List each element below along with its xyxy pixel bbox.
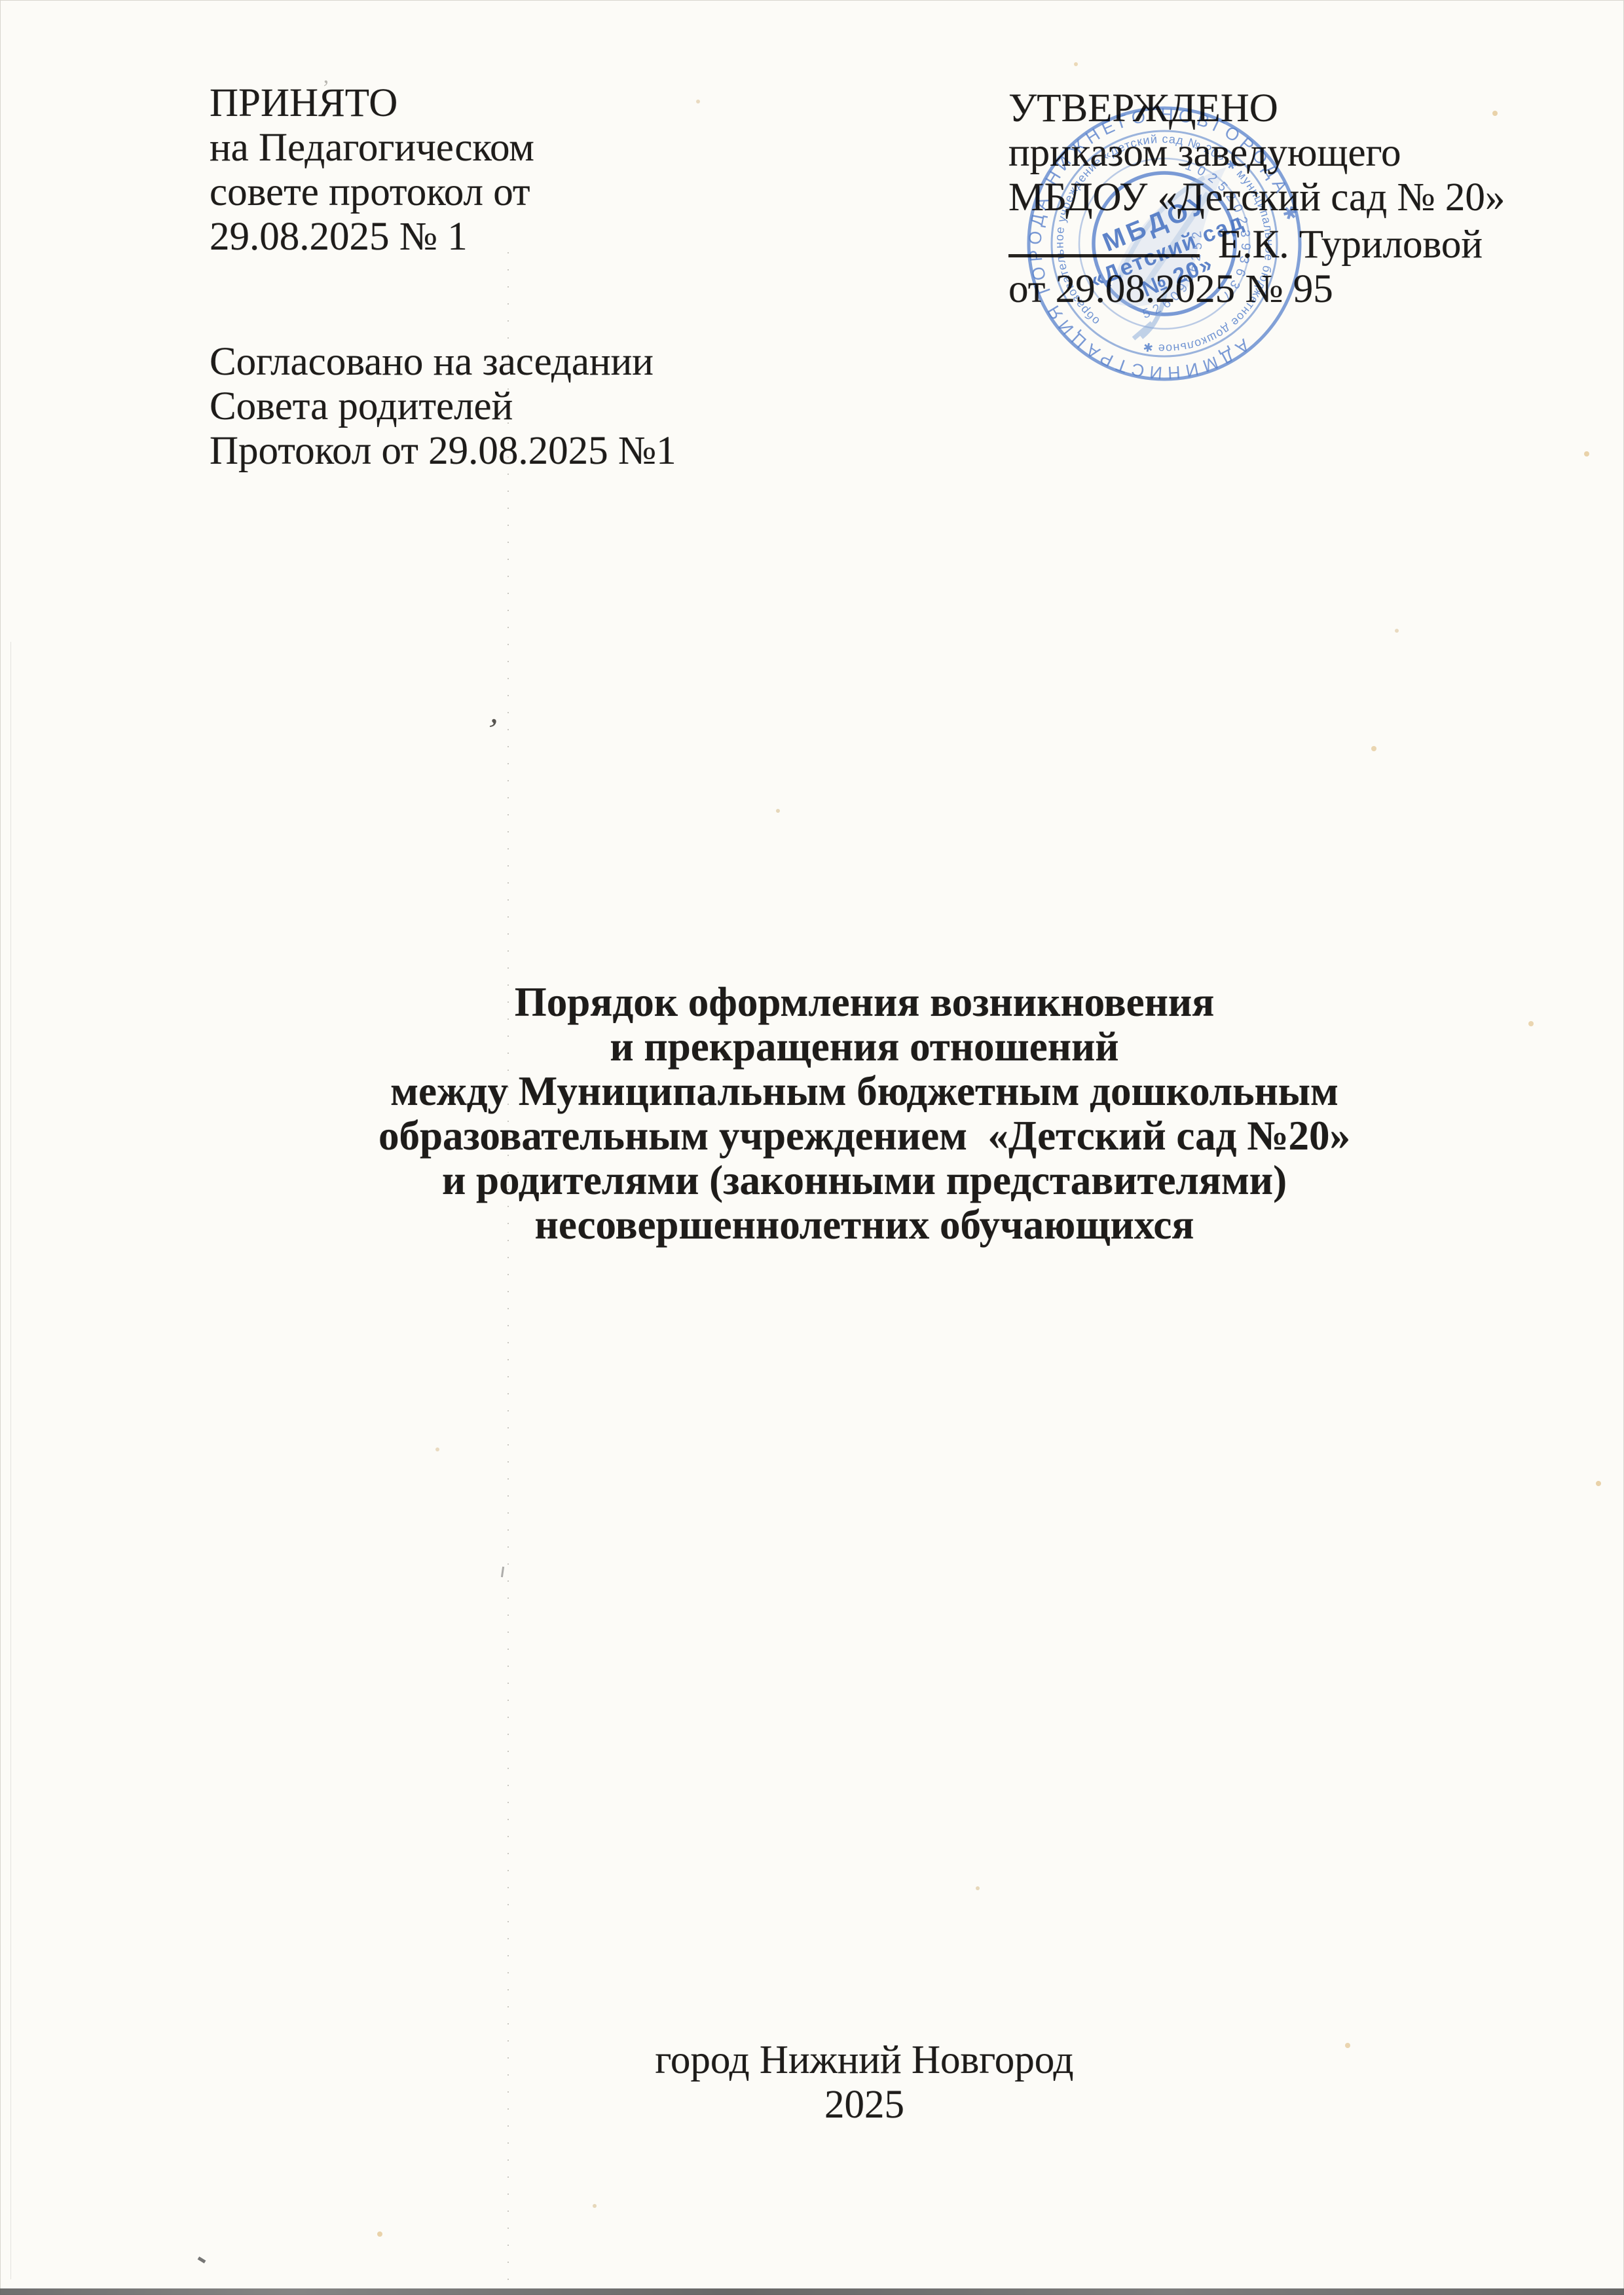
agreed-line: Совета родителей — [210, 384, 676, 429]
agreed-block: Согласовано на заседании Совета родителе… — [210, 340, 676, 474]
accepted-line: на Педагогическом — [210, 126, 534, 170]
scan-edge-shadow — [10, 642, 11, 2279]
accepted-line: ПРИНЯТО — [210, 81, 534, 126]
title-line: образовательным учреждением «Детский сад… — [210, 1113, 1519, 1158]
accepted-line: 29.08.2025 № 1 — [210, 215, 534, 259]
agreed-line: Согласовано на заседании — [210, 340, 676, 384]
title-line: между Муниципальным бюджетным дошкольным — [210, 1069, 1519, 1113]
footer-block: город Нижний Новгород 2025 — [210, 2038, 1519, 2127]
scan-bottom-edge — [0, 2288, 1624, 2295]
footer-city: город Нижний Новгород — [210, 2038, 1519, 2083]
document-title: Порядок оформления возникновения и прекр… — [210, 980, 1519, 1247]
accepted-block: ПРИНЯТО на Педагогическом совете протоко… — [210, 81, 534, 259]
scan-fold-line — [507, 252, 509, 2289]
official-seal: АДМИНИСТРАЦИЯ ГОРОДА НИЖНЕГО НОВГОРОДА ✱… — [1010, 90, 1318, 398]
agreed-line: Протокол от 29.08.2025 №1 — [210, 429, 676, 474]
scan-dust-specks — [0, 0, 4, 4]
scan-speck-comma: ’ — [481, 711, 502, 751]
scan-speck-dash — [198, 2256, 206, 2264]
scanned-document-page: ПРИНЯТО на Педагогическом совете протоко… — [0, 0, 1624, 2295]
title-line: и родителями (законными представителями) — [210, 1158, 1519, 1203]
footer-year: 2025 — [210, 2083, 1519, 2127]
title-line: Порядок оформления возникновения — [210, 980, 1519, 1024]
scan-speck-tick — [501, 1567, 504, 1577]
title-line: несовершеннолетних обучающихся — [210, 1203, 1519, 1247]
accepted-line: совете протокол от — [210, 170, 534, 215]
scan-speck-apostrophe: ’ — [322, 76, 329, 101]
title-line: и прекращения отношений — [210, 1024, 1519, 1069]
